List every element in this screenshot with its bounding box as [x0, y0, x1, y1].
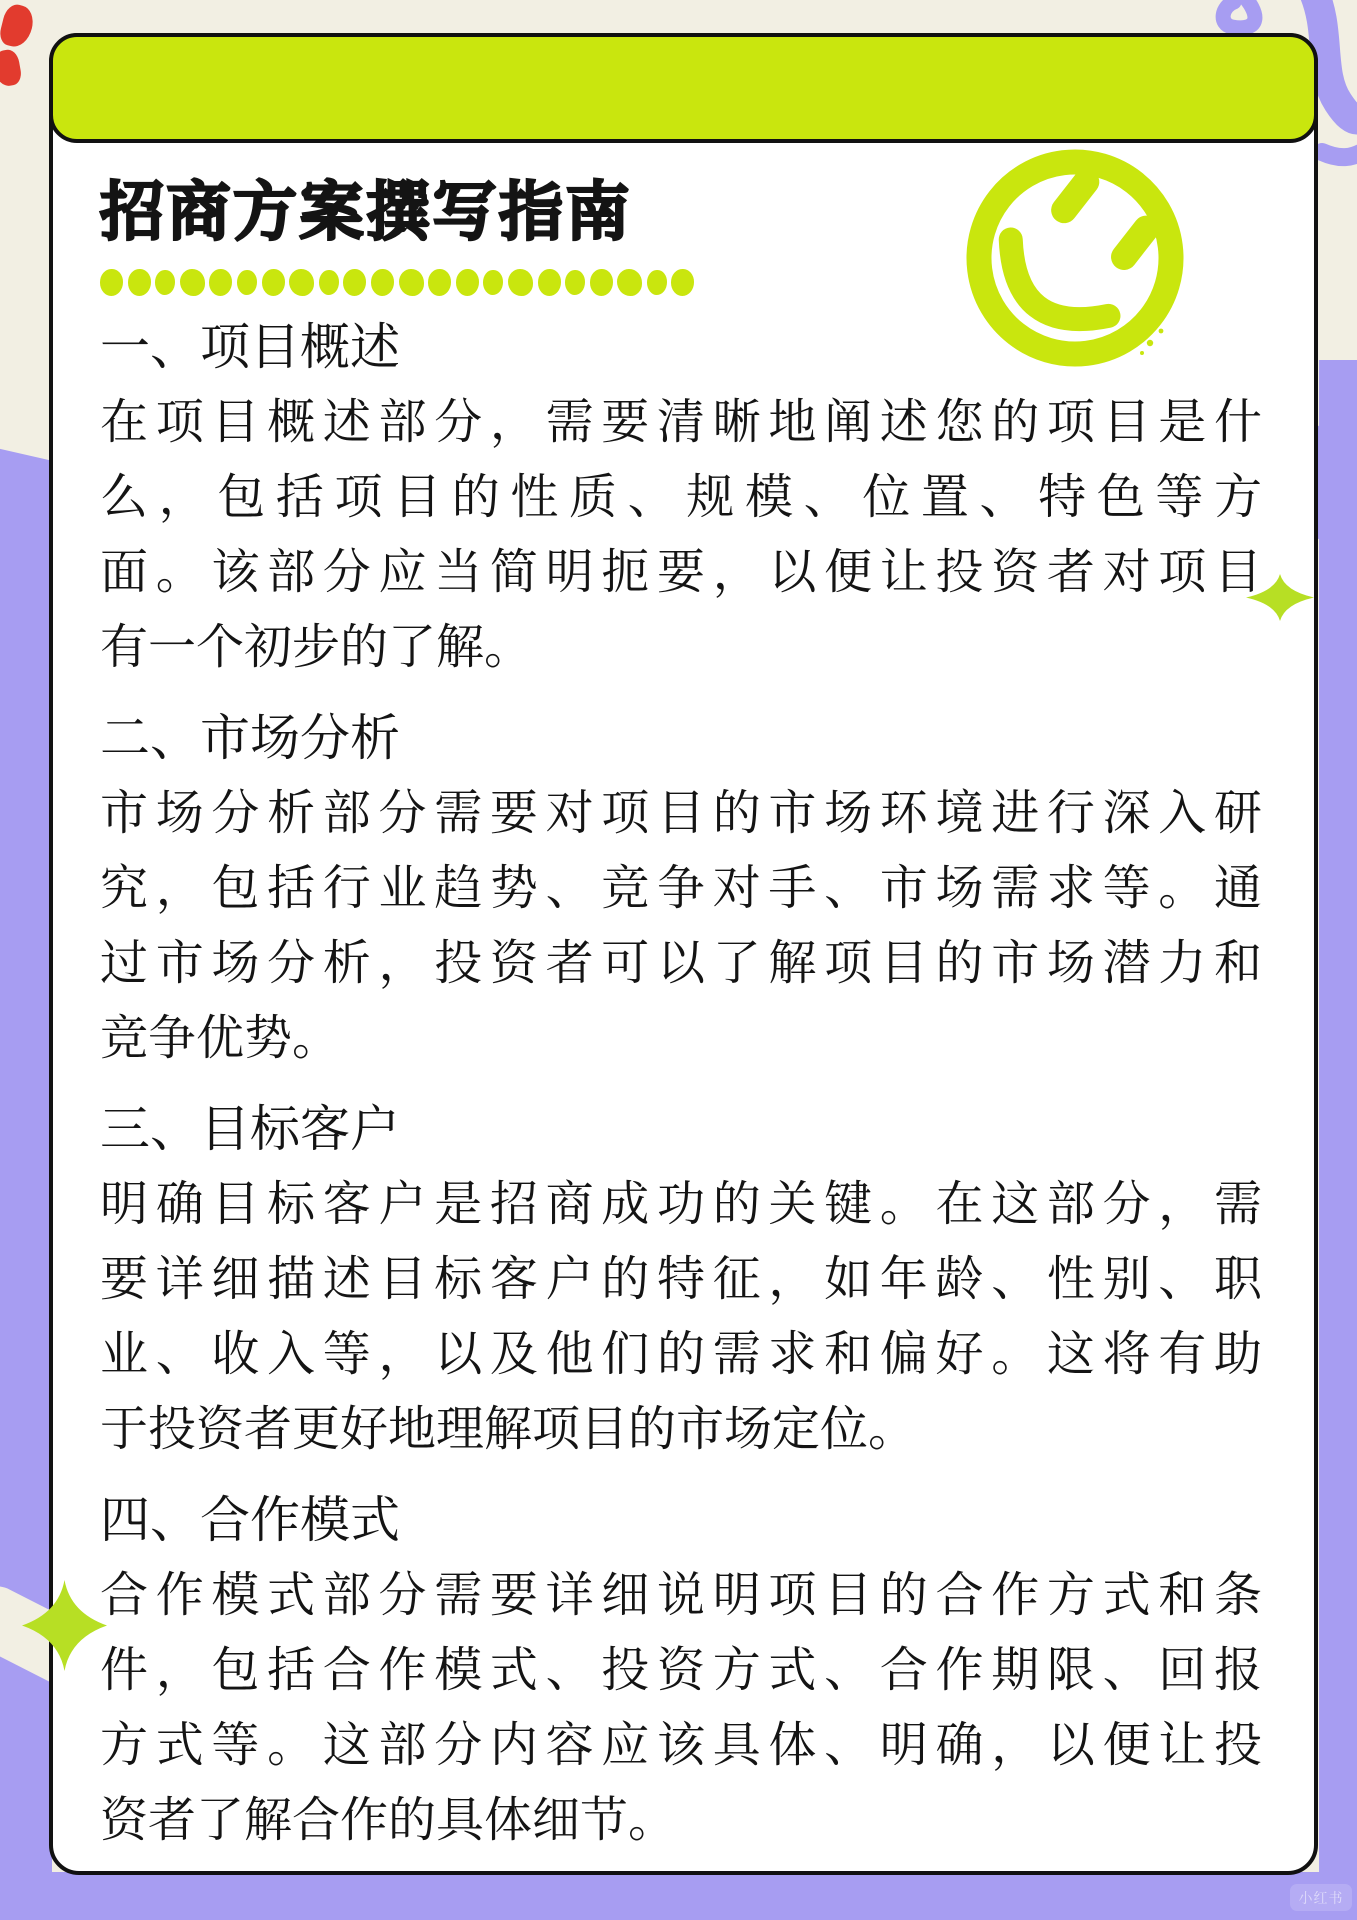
section-heading: 四、合作模式: [100, 1483, 1262, 1558]
section-heading: 三、目标客户: [100, 1092, 1262, 1167]
paragraph-line: 方式等。这部分内容应该具体、明确，以便让投: [100, 1708, 1262, 1783]
paragraph-line: 资者了解合作的具体细节。: [100, 1783, 1262, 1858]
dot: [209, 269, 232, 296]
paragraph-line: 于投资者更好地理解项目的市场定位。: [100, 1392, 1262, 1467]
red-brush-mark-icon: [0, 2, 37, 50]
paragraph-line: 过市场分析，投资者可以了解项目的市场潜力和: [100, 926, 1262, 1001]
dot: [671, 269, 694, 296]
dot: [100, 269, 123, 296]
smiley-face-icon: [955, 138, 1195, 378]
paragraph-line: 在项目概述部分，需要清晰地阐述您的项目是什: [100, 385, 1262, 460]
paragraph-line: 么，包括项目的性质、规模、位置、特色等方: [100, 460, 1262, 535]
dot: [428, 269, 451, 296]
dot: [237, 270, 257, 295]
paragraph-line: 竞争优势。: [100, 1001, 1262, 1076]
section-cooperation-model: 四、合作模式 合作模式部分需要详细说明项目的合作方式和条 件，包括合作模式、投资…: [100, 1483, 1262, 1858]
dot: [590, 269, 613, 296]
paragraph-line: 明确目标客户是招商成功的关键。在这部分，需: [100, 1167, 1262, 1242]
section-heading: 二、市场分析: [100, 701, 1262, 776]
dot: [565, 270, 585, 295]
section-target-customers: 三、目标客户 明确目标客户是招商成功的关键。在这部分，需 要详细描述目标客户的特…: [100, 1092, 1262, 1467]
dot: [647, 270, 667, 295]
sparkle-icon: [1246, 574, 1314, 621]
paragraph-line: 有一个初步的了解。: [100, 610, 1262, 685]
dot: [456, 269, 479, 296]
paragraph-line: 究，包括行业趋势、竞争对手、市场需求等。通: [100, 851, 1262, 926]
dot: [343, 269, 366, 296]
dot: [538, 269, 561, 296]
dotted-divider: [100, 268, 704, 296]
sparkle-icon: [22, 1580, 107, 1671]
paragraph-line: 市场分析部分需要对项目的市场环境进行深入研: [100, 776, 1262, 851]
purple-left-margin: [0, 443, 52, 1920]
paragraph-line: 业、收入等，以及他们的需求和偏好。这将有助: [100, 1317, 1262, 1392]
red-brush-mark-icon: [0, 48, 23, 88]
dot: [319, 270, 339, 295]
paragraph-line: 件，包括合作模式、投资方式、合作期限、回报: [100, 1633, 1262, 1708]
dot: [508, 269, 533, 296]
paragraph-line: 面。该部分应当简明扼要，以便让投资者对项目: [100, 535, 1262, 610]
paragraph-line: 合作模式部分需要详细说明项目的合作方式和条: [100, 1558, 1262, 1633]
watermark-badge: 小红书: [1290, 1884, 1352, 1911]
purple-bottom-strip: [0, 1872, 1357, 1920]
dot: [262, 269, 285, 296]
dot: [155, 270, 175, 295]
dot: [371, 269, 394, 296]
dot: [180, 269, 205, 296]
dot: [399, 269, 424, 296]
dot: [617, 269, 642, 296]
dot: [289, 269, 314, 296]
paragraph-line: 要详细描述目标客户的特征，如年龄、性别、职: [100, 1242, 1262, 1317]
page-background: { "page": { "title": "招商方案撰写指南", "waterm…: [0, 0, 1357, 1920]
section-market-analysis: 二、市场分析 市场分析部分需要对项目的市场环境进行深入研 究，包括行业趋势、竞争…: [100, 701, 1262, 1076]
dot: [128, 269, 151, 296]
dot: [483, 270, 503, 295]
